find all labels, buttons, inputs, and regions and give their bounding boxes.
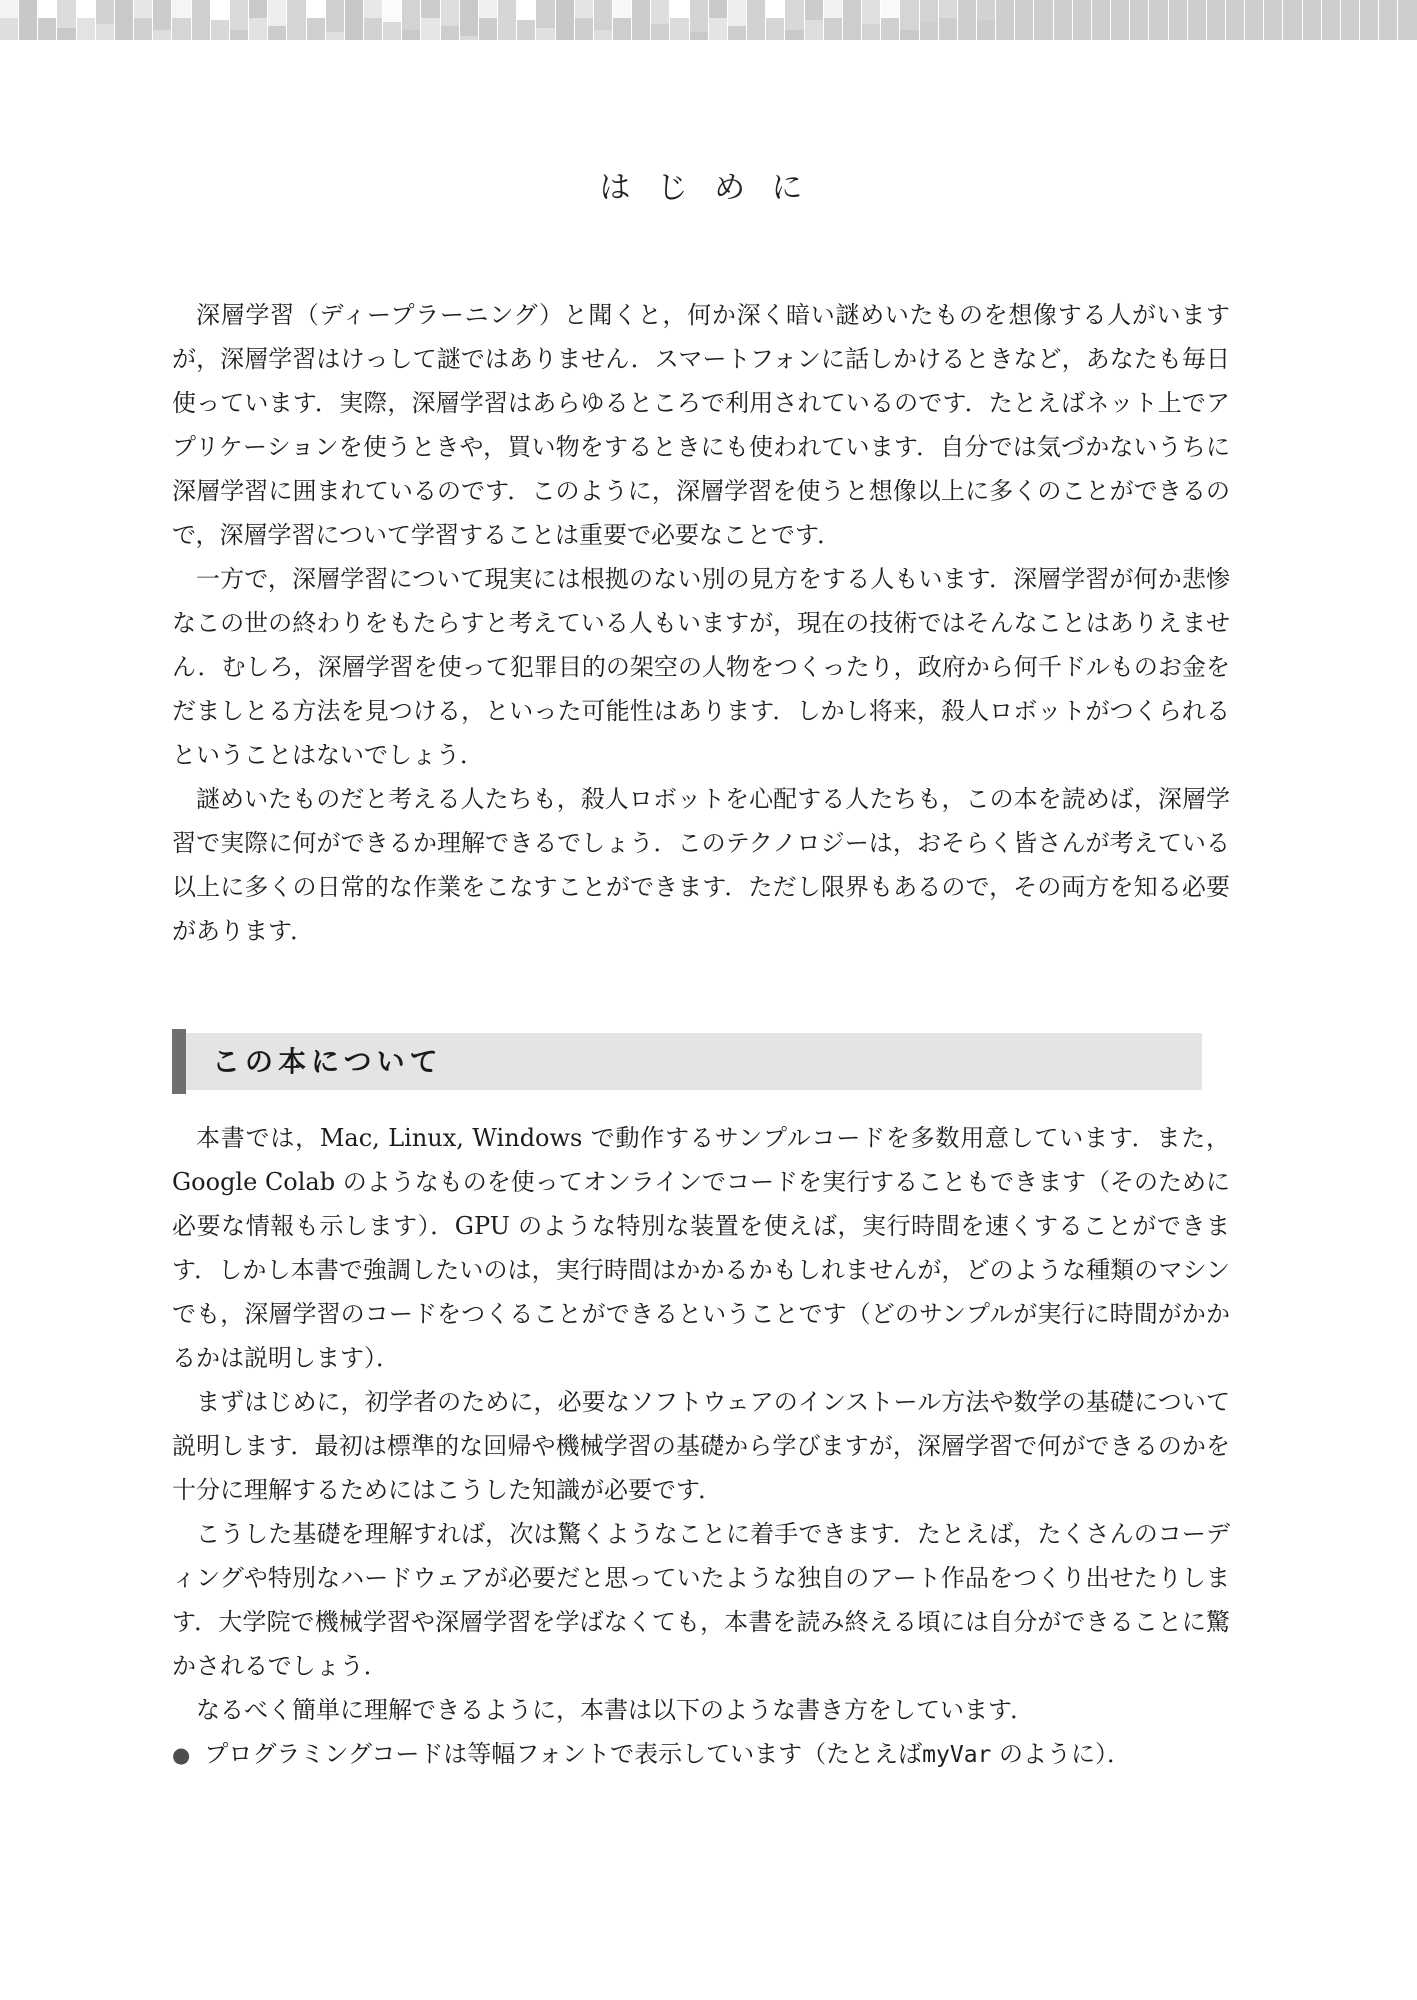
header-bar-stripe — [479, 0, 497, 40]
header-bar-stripe — [805, 0, 823, 40]
header-bar-stripe — [594, 0, 612, 40]
header-bar-stripe — [421, 0, 439, 40]
header-bar-stripe — [996, 0, 1014, 40]
inline-code: myVar — [922, 1742, 991, 1768]
header-bar-stripe — [1303, 0, 1321, 40]
header-bar-stripe — [326, 0, 344, 40]
decorative-header-bar — [0, 0, 1417, 40]
page-title: はじめに — [172, 162, 1230, 207]
header-bar-stripe — [287, 0, 305, 40]
header-bar-stripe — [670, 0, 688, 40]
header-bar-stripe — [1054, 0, 1072, 40]
header-bar-stripe — [77, 0, 95, 40]
header-bar-stripe — [498, 0, 516, 40]
header-bar-stripe — [766, 0, 784, 40]
header-bar-stripe — [230, 0, 248, 40]
header-bar-stripe — [268, 0, 286, 40]
header-bar-stripe — [728, 0, 746, 40]
header-bar-stripe — [1379, 0, 1397, 40]
header-bar-stripe — [1149, 0, 1167, 40]
header-bar-stripe — [1073, 0, 1091, 40]
header-bar-stripe — [96, 0, 114, 40]
header-bar-stripe — [364, 0, 382, 40]
header-bar-stripe — [1034, 0, 1052, 40]
header-bar-stripe — [1322, 0, 1340, 40]
section-paragraph: 本書では，Mac, Linux, Windows で動作するサンプルコードを多数… — [172, 1116, 1230, 1380]
header-bar-stripe — [843, 0, 861, 40]
header-bar-stripe — [920, 0, 938, 40]
header-bar-stripe — [211, 0, 229, 40]
header-bar-stripe — [939, 0, 957, 40]
header-bar-stripe — [690, 0, 708, 40]
section-heading-bar: この本について — [172, 1033, 1202, 1090]
header-bar-stripe — [441, 0, 459, 40]
header-bar-stripe — [57, 0, 75, 40]
header-bar-stripe — [632, 0, 650, 40]
header-bar-stripe — [307, 0, 325, 40]
header-bar-stripe — [1111, 0, 1129, 40]
header-bar-stripe — [134, 0, 152, 40]
header-bar-stripe — [38, 0, 56, 40]
page-content: はじめに 深層学習（ディープラーニング）と聞くと，何か深く暗い謎めいたものを想像… — [172, 40, 1230, 1777]
header-bar-stripe — [1092, 0, 1110, 40]
header-bar-stripe — [1015, 0, 1033, 40]
intro-paragraph: 謎めいたものだと考える人たちも，殺人ロボットを心配する人たちも，この本を読めば，… — [172, 777, 1230, 953]
header-bar-stripe — [460, 0, 478, 40]
header-bar-stripe — [402, 0, 420, 40]
header-bar-stripe — [249, 0, 267, 40]
header-bar-stripe — [153, 0, 171, 40]
header-bar-stripe — [1226, 0, 1244, 40]
section-accent-block — [172, 1029, 186, 1094]
header-bar-stripe — [747, 0, 765, 40]
header-bar-stripe — [709, 0, 727, 40]
header-bar-stripe — [536, 0, 554, 40]
header-bar-stripe — [1398, 0, 1416, 40]
header-bar-stripe — [862, 0, 880, 40]
header-bar-stripe — [1360, 0, 1378, 40]
header-bar-stripe — [613, 0, 631, 40]
section-paragraph: なるべく簡単に理解できるように，本書は以下のような書き方をしています． — [172, 1688, 1230, 1732]
header-bar-stripe — [881, 0, 899, 40]
section-paragraph: こうした基礎を理解すれば，次は驚くようなことに着手できます．たとえば，たくさんの… — [172, 1512, 1230, 1688]
header-bar-stripe — [977, 0, 995, 40]
intro-paragraph: 深層学習（ディープラーニング）と聞くと，何か深く暗い謎めいたものを想像する人がい… — [172, 293, 1230, 557]
header-bar-stripe — [556, 0, 574, 40]
header-bar-stripe — [958, 0, 976, 40]
header-bar-stripe — [1283, 0, 1301, 40]
section-paragraph: まずはじめに，初学者のために，必要なソフトウェアのインストール方法や数学の基礎に… — [172, 1380, 1230, 1512]
bullet-icon: ● — [172, 1743, 190, 1767]
header-bar-stripe — [575, 0, 593, 40]
header-bar-stripe — [1341, 0, 1359, 40]
header-bar-stripe — [785, 0, 803, 40]
bullet-text-after: のように）． — [991, 1740, 1131, 1768]
bullet-text-before: プログラミングコードは等幅フォントで表示しています（たとえば — [204, 1740, 922, 1768]
header-bar-stripe — [824, 0, 842, 40]
header-bar-stripe — [1188, 0, 1206, 40]
intro-paragraph: 一方で，深層学習について現実には根拠のない別の見方をする人もいます．深層学習が何… — [172, 557, 1230, 777]
header-bar-stripe — [651, 0, 669, 40]
header-bar-stripe — [0, 0, 18, 40]
header-bar-stripe — [1207, 0, 1225, 40]
header-bar-stripe — [345, 0, 363, 40]
list-item: ●プログラミングコードは等幅フォントで表示しています（たとえばmyVar のよう… — [172, 1732, 1230, 1777]
header-bar-stripe — [900, 0, 918, 40]
section-title: この本について — [212, 1033, 443, 1090]
book-page: はじめに 深層学習（ディープラーニング）と聞くと，何か深く暗い謎めいたものを想像… — [0, 0, 1417, 2000]
header-bar-stripe — [1245, 0, 1263, 40]
header-bar-stripe — [115, 0, 133, 40]
header-bar-stripe — [383, 0, 401, 40]
header-bar-stripe — [1130, 0, 1148, 40]
header-bar-stripe — [1264, 0, 1282, 40]
header-bar-stripe — [192, 0, 210, 40]
header-bar-stripe — [19, 0, 37, 40]
header-bar-stripe — [172, 0, 190, 40]
header-bar-stripe — [1169, 0, 1187, 40]
header-bar-stripe — [517, 0, 535, 40]
